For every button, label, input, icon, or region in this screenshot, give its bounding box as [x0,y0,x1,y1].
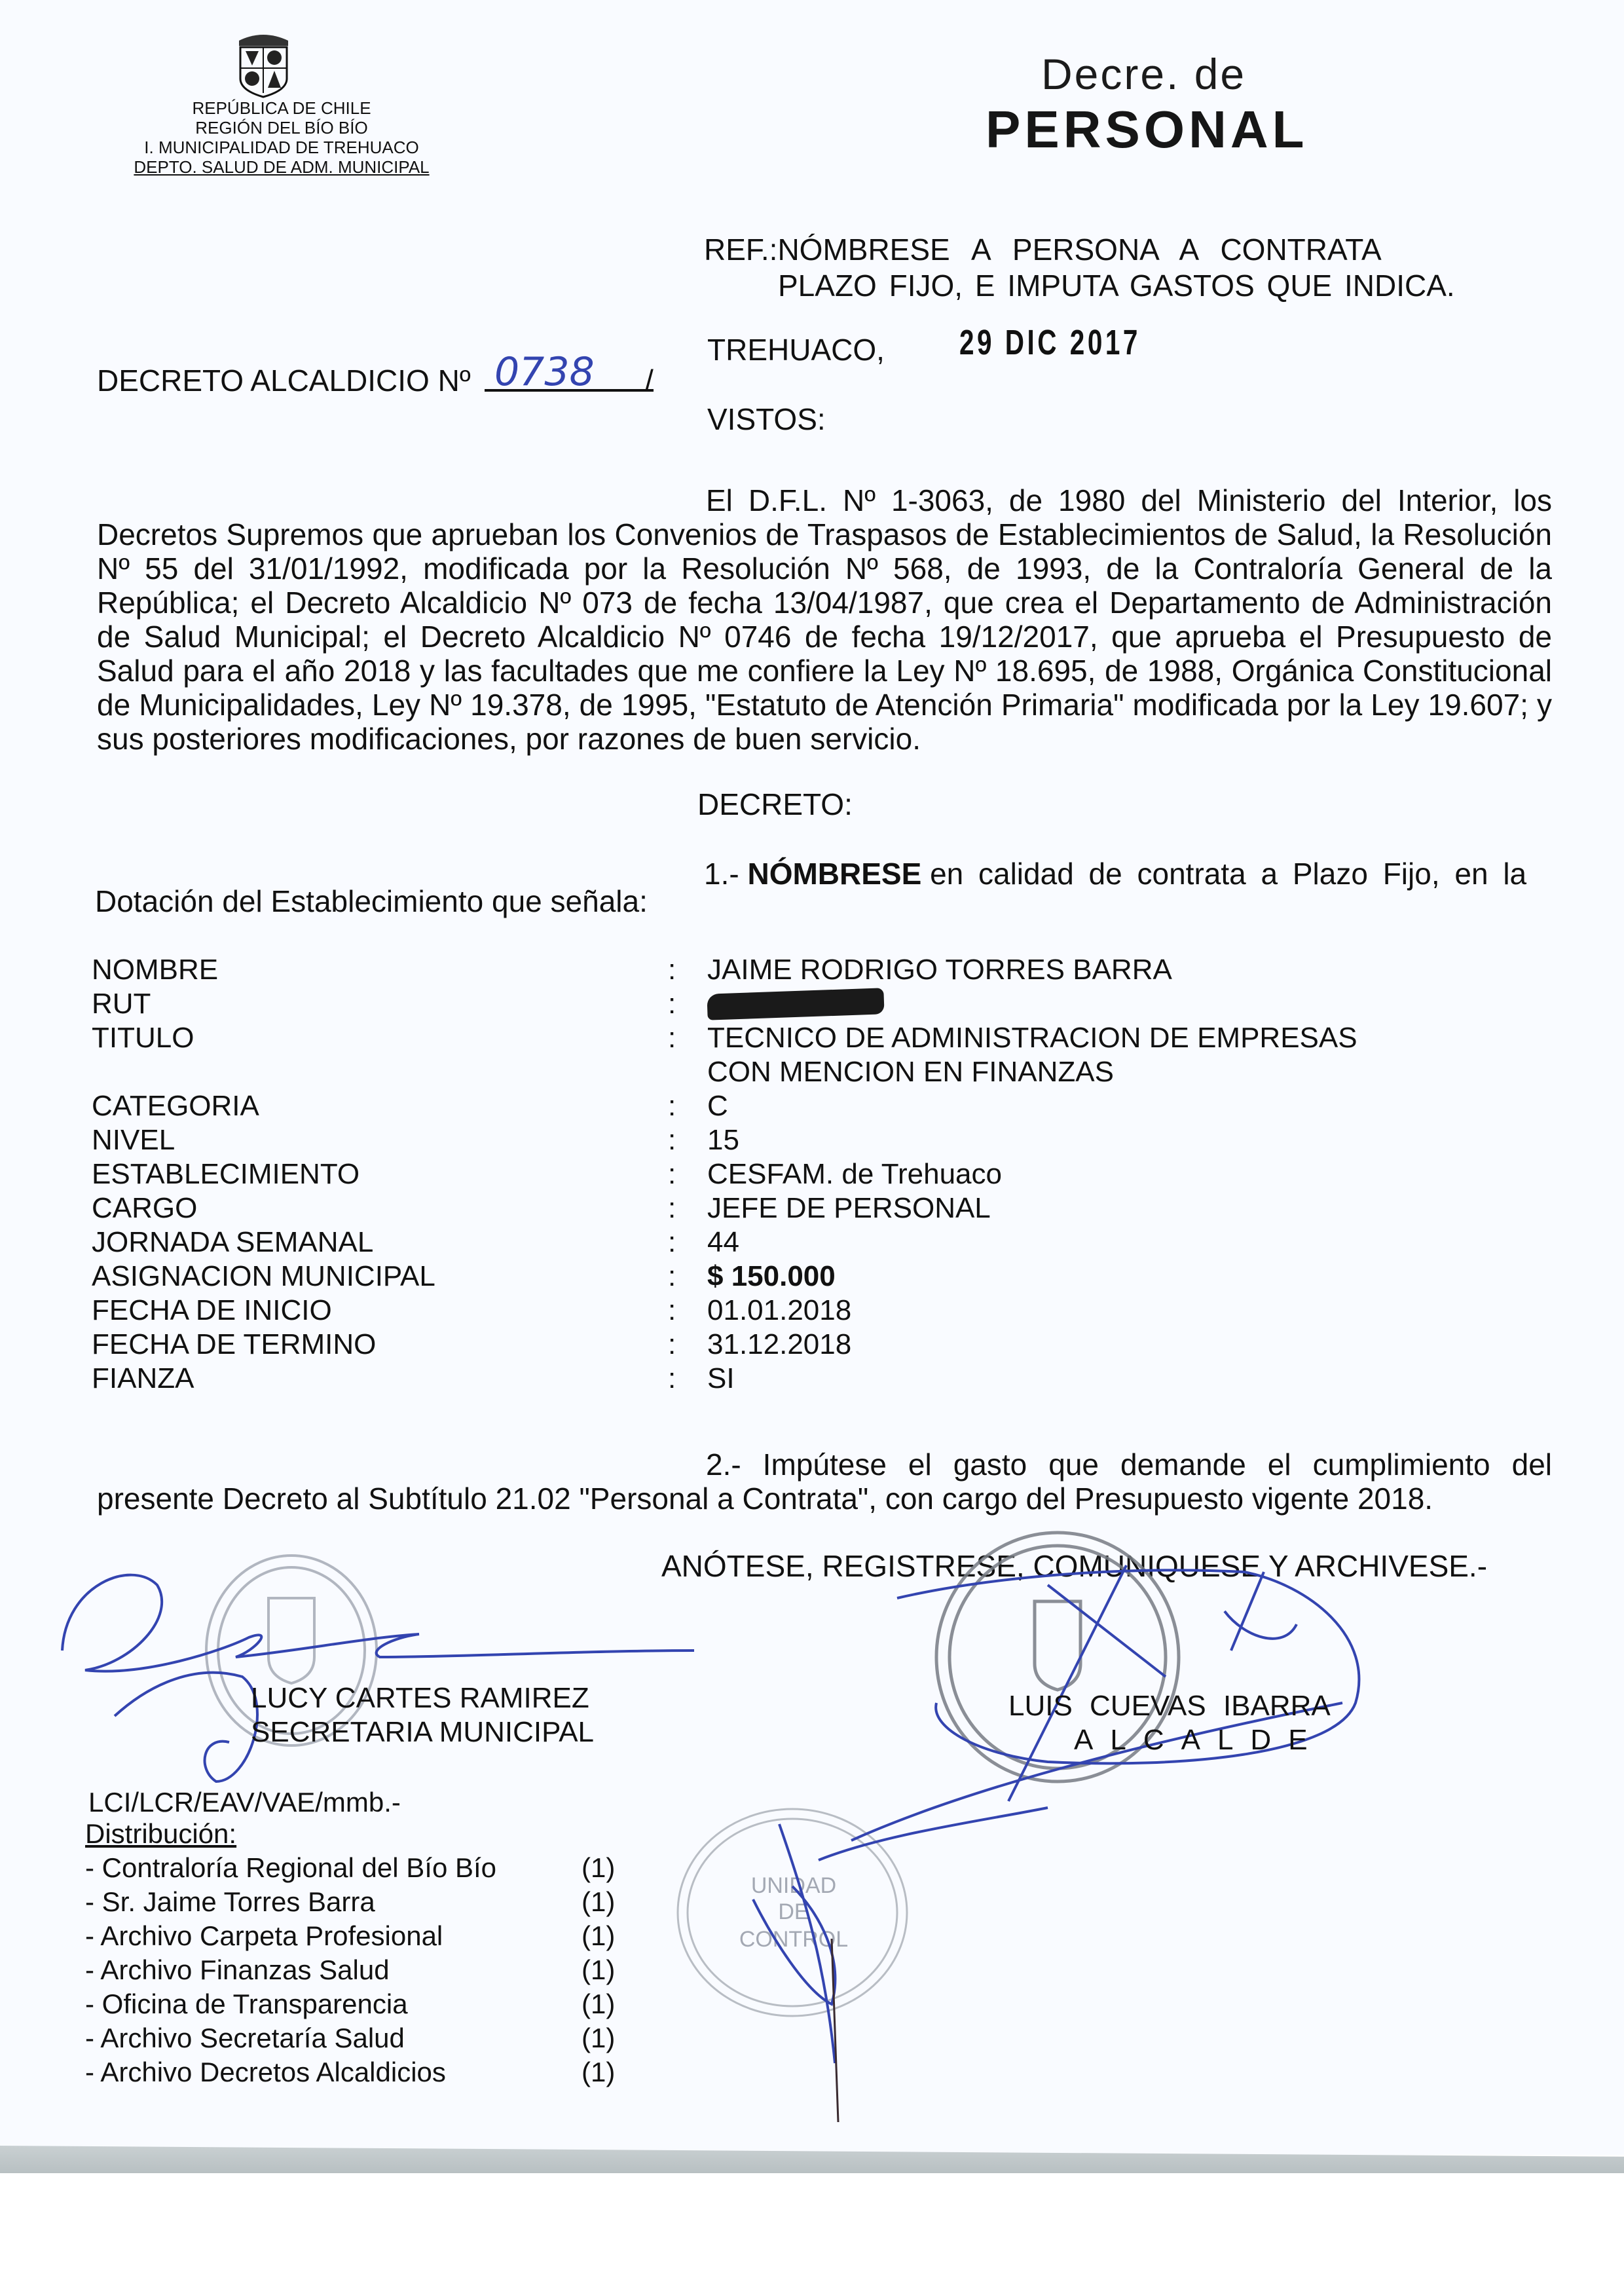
distribution-recipient: - Archivo Carpeta Profesional [85,1919,443,1953]
distribution-count: (1) [581,2021,615,2055]
field-label: FIANZA [92,1362,194,1396]
distribution-recipient: - Contraloría Regional del Bío Bío [85,1851,496,1885]
field-value: CESFAM. de Trehuaco [707,1157,1002,1191]
vistos-text: El D.F.L. Nº 1-3063, de 1980 del Ministe… [97,483,1552,756]
distribution-item: - Archivo Carpeta Profesional(1) [85,1919,648,1953]
field-colon: : [668,1123,676,1157]
decree-number-label: DECRETO ALCALDICIO Nº [97,364,471,398]
field-value: TECNICO DE ADMINISTRACION DE EMPRESASCON… [707,1021,1357,1089]
distribution-recipient: - Archivo Secretaría Salud [85,2021,405,2055]
field-value-line: $ 150.000 [707,1259,836,1294]
decreto-heading: DECRETO: [697,787,853,821]
field-colon: : [668,1294,676,1328]
field-value-line: 15 [707,1123,739,1157]
field-value: JAIME RODRIGO TORRES BARRA [707,953,1172,987]
distribution-item: - Archivo Secretaría Salud(1) [85,2021,648,2055]
header-line-country: REPÚBLICA DE CHILE [131,98,432,118]
field-colon: : [668,1089,676,1123]
clause-1: 1.- NÓMBRESE en calidad de contrata a Pl… [704,857,1526,891]
field-label: TITULO [92,1021,194,1055]
issuer-header: REPÚBLICA DE CHILE REGIÓN DEL BÍO BÍO I.… [131,98,432,177]
field-value: JEFE DE PERSONAL [707,1191,991,1225]
date-stamp: 29 DIC 2017 [959,322,1141,363]
distribution-count: (1) [581,2055,615,2089]
field-label: CARGO [92,1191,197,1225]
field-label: CATEGORIA [92,1089,259,1123]
distribution-item: - Oficina de Transparencia(1) [85,1987,648,2021]
field-value: 01.01.2018 [707,1294,851,1328]
field-colon: : [668,1021,676,1055]
secretary-name: LUCY CARTES RAMIREZ [251,1682,589,1715]
distribution-count: (1) [581,1851,615,1885]
decree-number-slash: / [645,364,654,398]
distribution-recipient: - Archivo Finanzas Salud [85,1953,390,1987]
distribution-recipient: - Oficina de Transparencia [85,1987,408,2021]
clause-1-verb: NÓMBRESE [747,857,921,891]
header-line-department: DEPTO. SALUD DE ADM. MUNICIPAL [131,157,432,177]
place: TREHUACO, [707,333,885,367]
vistos-heading: VISTOS: [707,402,826,436]
field-colon: : [668,1259,676,1294]
field-label: JORNADA SEMANAL [92,1225,373,1259]
field-value: SI [707,1362,735,1396]
field-value-line: TECNICO DE ADMINISTRACION DE EMPRESAS [707,1021,1357,1055]
stamp-personal: PERSONAL [986,100,1308,160]
distribution-list: - Contraloría Regional del Bío Bío(1)- S… [85,1851,648,2089]
distribution-count: (1) [581,1987,615,2021]
field-colon: : [668,953,676,987]
clause-1-continuation: Dotación del Establecimiento que señala: [95,884,648,918]
distribution-title: Distribución: [85,1818,236,1850]
field-colon: : [668,1157,676,1191]
field-value: $ 150.000 [707,1259,836,1294]
vistos-paragraph: El D.F.L. Nº 1-3063, de 1980 del Ministe… [97,483,1552,756]
secretary-title: SECRETARIA MUNICIPAL [251,1716,594,1749]
field-colon: : [668,1191,676,1225]
distribution-recipient: - Archivo Decretos Alcaldicios [85,2055,446,2089]
field-label: FECHA DE INICIO [92,1294,332,1328]
clause-1-number: 1.- [704,857,739,891]
distribution-item: - Contraloría Regional del Bío Bío(1) [85,1851,648,1885]
field-colon: : [668,1225,676,1259]
field-value-line-2: CON MENCION EN FINANZAS [707,1055,1357,1089]
field-label: ASIGNACION MUNICIPAL [92,1259,435,1294]
field-value-line: CESFAM. de Trehuaco [707,1157,1002,1191]
drafting-initials: LCI/LCR/EAV/VAE/mmb.- [88,1787,401,1818]
reference-line-1: REF.:NÓMBRESE A PERSONA A CONTRATA [704,233,1382,267]
clause-1-text: en calidad de contrata a Plazo Fijo, en … [930,857,1526,891]
reference-line-2: PLAZO FIJO, E IMPUTA GASTOS QUE INDICA. [778,269,1455,303]
field-label: ESTABLECIMIENTO [92,1157,360,1191]
distribution-count: (1) [581,1919,615,1953]
field-value-line: 44 [707,1225,739,1259]
field-value-line: JEFE DE PERSONAL [707,1191,991,1225]
distribution-item: - Sr. Jaime Torres Barra(1) [85,1885,648,1919]
field-value-line: JAIME RODRIGO TORRES BARRA [707,953,1172,987]
field-label: FECHA DE TERMINO [92,1328,376,1362]
field-value: 15 [707,1123,739,1157]
distribution-item: - Archivo Finanzas Salud(1) [85,1953,648,1987]
closing-formula: ANÓTESE, REGISTRESE, COMUNIQUESE Y ARCHI… [661,1549,1487,1583]
field-value-line: SI [707,1362,735,1396]
distribution-item: - Archivo Decretos Alcaldicios(1) [85,2055,648,2089]
decree-number-handwritten: 0738 [494,349,595,395]
field-colon: : [668,987,676,1021]
field-value-line: C [707,1089,728,1123]
mayor-title: ALCALDE [1074,1724,1325,1757]
field-label: RUT [92,987,151,1021]
clause-2: 2.- Impútese el gasto que demande el cum… [97,1447,1552,1516]
field-label: NIVEL [92,1123,175,1157]
field-value-line: 31.12.2018 [707,1328,851,1362]
coat-of-arms-icon [232,28,295,98]
field-value: C [707,1089,728,1123]
field-colon: : [668,1362,676,1396]
field-value: 31.12.2018 [707,1328,851,1362]
distribution-recipient: - Sr. Jaime Torres Barra [85,1885,375,1919]
field-value-line: 01.01.2018 [707,1294,851,1328]
distribution-count: (1) [581,1953,615,1987]
field-value: 44 [707,1225,739,1259]
mayor-name: LUIS CUEVAS IBARRA [1008,1690,1331,1723]
field-label: NOMBRE [92,953,218,987]
field-colon: : [668,1328,676,1362]
header-line-region: REGIÓN DEL BÍO BÍO [131,118,432,138]
stamp-decree-type: Decre. de [1041,49,1246,99]
distribution-count: (1) [581,1885,615,1919]
header-line-municipality: I. MUNICIPALIDAD DE TREHUACO [131,138,432,157]
